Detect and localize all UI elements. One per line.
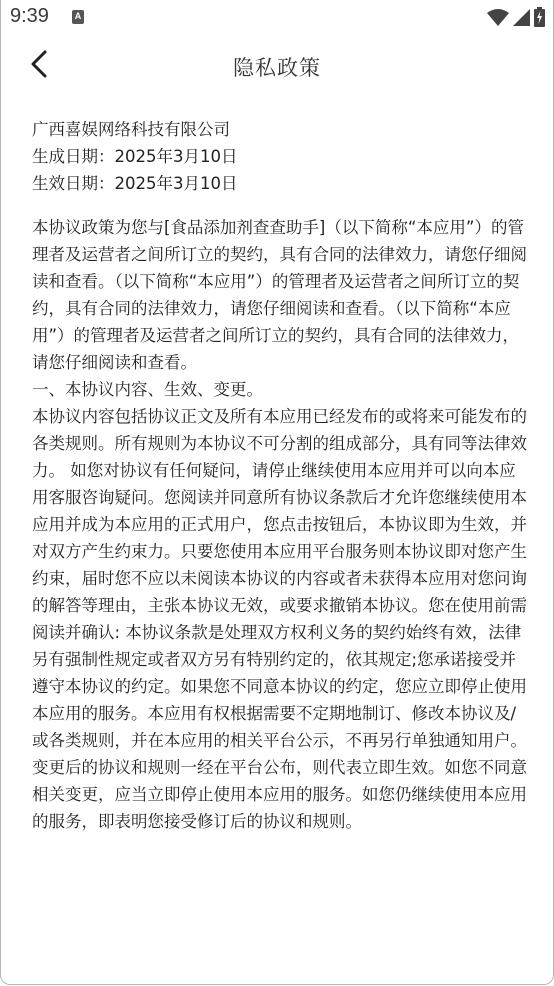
page-title: 隐私政策: [1, 52, 553, 82]
intro-paragraph: 本协议政策为您与[食品添加剂查查助手]（以下简称“本应用”）的管理者及运营者之间…: [32, 214, 528, 376]
status-time: 9:39: [10, 5, 49, 28]
section-heading: 一、本协议内容、生效、变更。: [32, 376, 528, 403]
app-header: 隐私政策: [1, 36, 553, 100]
status-bar: 9:39 A: [1, 0, 553, 36]
status-icons: [487, 7, 545, 31]
effective-date: 生效日期：2025年3月10日: [32, 170, 528, 197]
company-name: 广西喜娱网络科技有限公司: [32, 116, 528, 143]
notification-a-icon: A: [72, 10, 84, 24]
generated-date: 生成日期：2025年3月10日: [32, 143, 528, 170]
cellular-signal-icon: [513, 9, 530, 30]
wifi-icon: [487, 8, 509, 30]
battery-charging-icon: [534, 7, 545, 31]
section-body-paragraph: 本协议内容包括协议正文及所有本应用已经发布的或将来可能发布的各类规则。所有规则为…: [32, 403, 528, 835]
document-meta: 广西喜娱网络科技有限公司 生成日期：2025年3月10日 生效日期：2025年3…: [32, 116, 528, 197]
policy-content: 广西喜娱网络科技有限公司 生成日期：2025年3月10日 生效日期：2025年3…: [32, 116, 528, 835]
app-screen: 9:39 A: [0, 0, 554, 985]
